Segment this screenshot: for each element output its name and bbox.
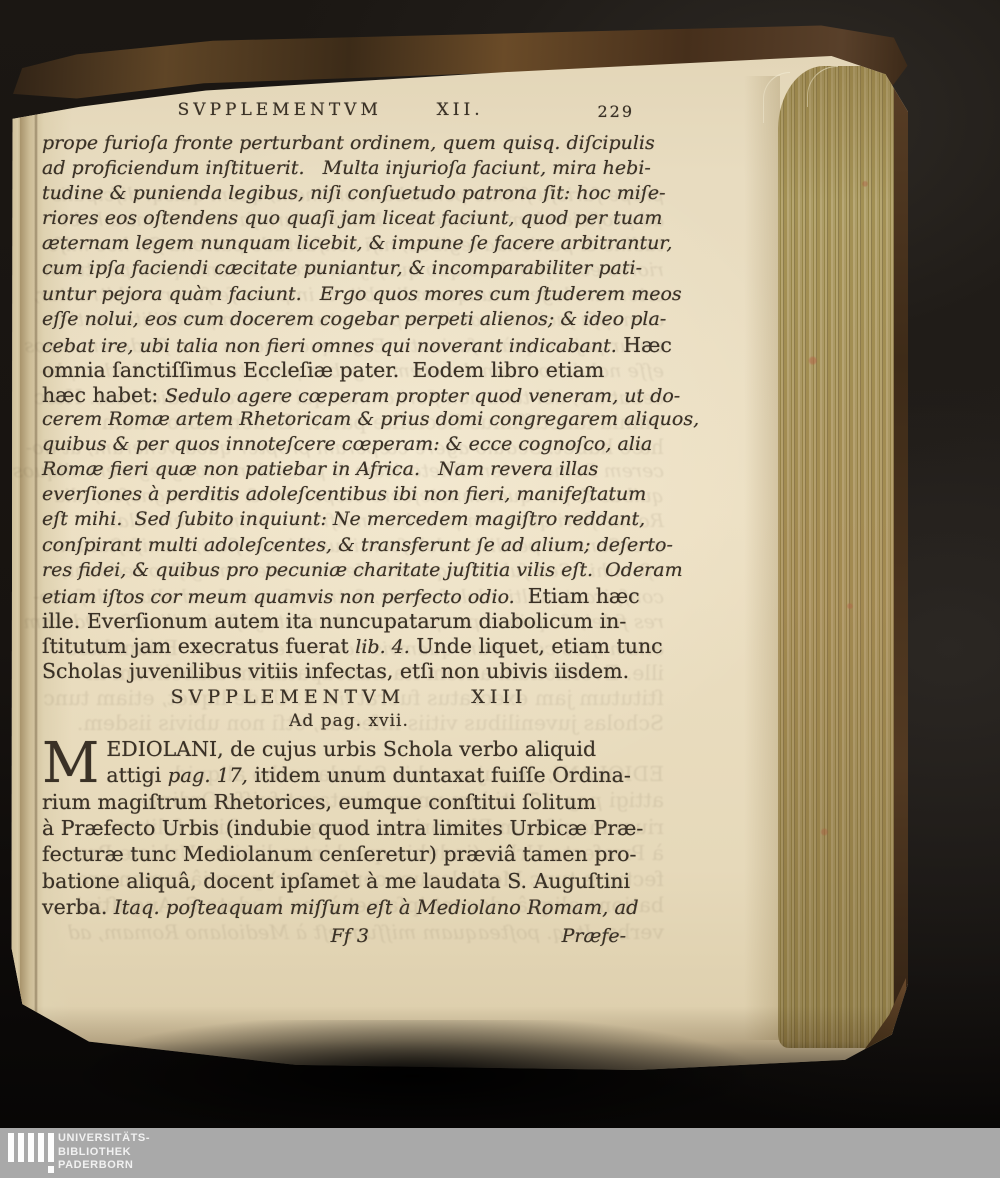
fore-edge-fade <box>744 76 780 1040</box>
text-line: untur pejora quàm faciunt. Ergo quos mor… <box>42 283 656 308</box>
text-line: Scholas juvenilibus vitiis infectas, etſ… <box>42 659 656 684</box>
text-line: res fidei, & quibus pro pecuniæ charitat… <box>42 559 656 584</box>
text-line: ille. Everſionum autem ita nuncupatarum … <box>42 609 656 634</box>
text-line: cebat ire, ubi talia non fieri omnes qui… <box>42 333 656 358</box>
fore-edge-page-block <box>778 66 894 1048</box>
running-title: SVPPLEMENTVM XII. <box>178 100 484 120</box>
text-line: etiam iſtos cor meum quamvis non perfect… <box>42 584 656 609</box>
text-line: æternam legem nunquam licebit, & impune … <box>42 232 656 257</box>
text-line: à Præfecto Urbis (indubie quod intra lim… <box>42 816 656 842</box>
page-number: 229 <box>597 102 634 121</box>
text-line: everſiones à perditis adoleſcentibus ibi… <box>42 483 656 508</box>
text-line: cum ipſa faciendi cæcitate puniantur, & … <box>42 257 656 282</box>
text-line: hæc habet: Sedulo agere cœperam propter … <box>42 383 656 408</box>
quire-signature: Ff 3 <box>331 925 369 947</box>
text-line: eſt mihi. Sed ſubito inquiunt: Ne merced… <box>42 508 656 533</box>
text-line: cerem Romæ artem Rhetoricam & prius domi… <box>42 408 656 433</box>
text-line: verba. Itaq. poſteaquam miſſum eſt à Med… <box>42 895 656 921</box>
library-name-line1: UNIVERSITÄTS- <box>58 1132 150 1146</box>
text-line: conſpirant multi adoleſcentes, & transfe… <box>42 534 656 559</box>
text-line: riores eos oſtendens quo quaſi jam licea… <box>42 207 656 232</box>
library-name-line3: PADERBORN <box>58 1159 150 1173</box>
gutter-crease <box>34 56 38 1030</box>
scanned-book-page: prope furioſa fronte perturbant ordinem,… <box>0 0 1000 1178</box>
drop-cap: M <box>42 742 99 787</box>
catchword: Præfe- <box>562 925 626 947</box>
library-name: UNIVERSITÄTS- BIBLIOTHEK PADERBORN <box>58 1132 150 1173</box>
text-line: ſtitutum jam execratus fuerat lib. 4. Un… <box>42 634 656 659</box>
library-footer-bar: UNIVERSITÄTS- BIBLIOTHEK PADERBORN <box>0 1128 1000 1178</box>
text-line: attigi pag. 17, itidem unum duntaxat fui… <box>42 763 656 789</box>
printed-page-text: SVPPLEMENTVM XII. 229 prope furioſa fron… <box>42 98 656 955</box>
text-line: rium magiſtrum Rhetorices, eumque conſti… <box>42 790 656 816</box>
book-cover-right-edge <box>894 56 908 1070</box>
text-line: omnia ſanctiſſimus Eccleſiæ pater. Eodem… <box>42 358 656 383</box>
library-name-line2: BIBLIOTHEK <box>58 1146 150 1160</box>
paragraph-supplementum-xii: prope furioſa fronte perturbant ordinem,… <box>42 132 656 684</box>
running-header: SVPPLEMENTVM XII. 229 <box>42 98 656 132</box>
text-line: EDIOLANI, de cujus urbis Schola verbo al… <box>42 737 656 763</box>
paragraph-supplementum-xiii: M EDIOLANI, de cujus urbis Schola verbo … <box>42 737 656 921</box>
text-line: batione aliquâ, docent ipſamet à me laud… <box>42 869 656 895</box>
section-subheading: Ad pag. xvii. <box>42 711 656 731</box>
text-line: fecturæ tunc Mediolanum cenſeretur) præv… <box>42 842 656 868</box>
paderborn-library-logo-icon <box>8 1133 56 1174</box>
text-line: prope furioſa fronte perturbant ordinem,… <box>42 132 656 157</box>
text-line: quibus & per quos innoteſcere cœperam: &… <box>42 433 656 458</box>
text-line: tudine & punienda legibus, niſi conſuetu… <box>42 182 656 207</box>
text-line: ad proficiendum inſtituerit. Multa injur… <box>42 157 656 182</box>
signature-row: Ff 3 Præfe- <box>42 925 656 955</box>
text-line: Romæ fieri quæ non patiebar in Africa. N… <box>42 458 656 483</box>
section-heading: SVPPLEMENTVM XIII <box>42 686 656 708</box>
text-line: eſſe nolui, eos cum docerem cogebar perp… <box>42 308 656 333</box>
